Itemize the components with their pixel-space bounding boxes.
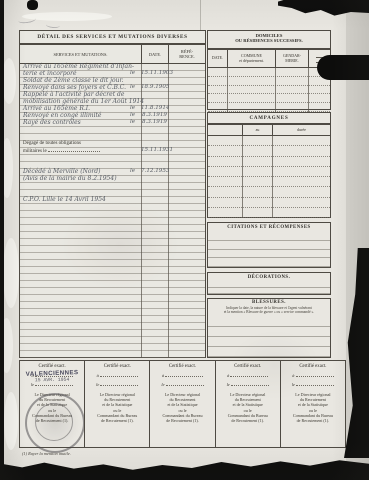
service-entry-text: Décédé à Merville (Nord) — [23, 168, 100, 175]
empty-row — [208, 146, 330, 156]
col-header-duree: durée — [272, 125, 330, 135]
scanned-document-page: DÉTAIL DES SERVICES ET MUTATIONS DIVERSE… — [0, 0, 369, 480]
empty-row — [208, 317, 330, 327]
decorations-title: DÉCORATIONS. — [208, 273, 330, 281]
empty-row — [208, 347, 330, 357]
certify-signer-line: de Recrutement (1). — [216, 418, 280, 423]
certify-column: Certifié exact.à le Le Directeur régiona… — [84, 361, 149, 447]
torn-edge — [2, 58, 16, 104]
domiciles-body — [208, 68, 330, 112]
certify-place-line: à — [216, 373, 280, 378]
empty-row — [208, 258, 330, 267]
empty-row — [208, 136, 330, 146]
services-table-title: DÉTAIL DES SERVICES ET MUTATIONS DIVERSE… — [20, 31, 205, 45]
certify-column: Certifié exact.à le Le Directeur régiona… — [280, 361, 345, 447]
certify-place-line: à — [281, 373, 345, 378]
service-entry-date: 11.8.1914 — [141, 105, 168, 112]
dotted-fill-line — [230, 373, 268, 377]
certify-signer-block: Le Directeur régionaldu Recrutementet de… — [281, 392, 345, 423]
certify-column: Certifié exact.à le Le Directeur régiona… — [215, 361, 280, 447]
blessures-body — [208, 317, 330, 357]
service-entry-date: 15.11.1903 — [141, 70, 168, 77]
service-entry-le: le — [130, 119, 135, 126]
dotted-fill-line — [100, 382, 138, 386]
scan-hole-right — [317, 55, 369, 80]
column-divider — [275, 68, 276, 112]
column-divider — [308, 68, 309, 112]
col-header-services: SERVICES ET MUTATIONS. — [20, 45, 141, 63]
blessures-title: BLESSURES. — [208, 299, 330, 306]
certify-signer-block: Le Directeur régionaldu Recrutementet de… — [150, 392, 214, 423]
dotted-fill-line — [165, 373, 203, 377]
service-entry: Rayé des contrôlesle8.3.1919 — [20, 120, 205, 127]
certify-place-line: à — [150, 373, 214, 378]
certify-date-line: le — [85, 382, 149, 387]
domiciles-title: DOMICILES OU RÉSIDENCES SUCCESSIFS. — [208, 31, 330, 50]
column-divider — [242, 136, 243, 218]
certify-title: Certifié exact. — [216, 364, 280, 369]
empty-row — [208, 167, 330, 177]
certify-signer-line: de Recrutement (1). — [150, 418, 214, 423]
service-entry-text: Renvoyé dans ses foyers et C.B.C. — [23, 84, 126, 91]
col-header-au: au — [242, 125, 272, 135]
column-divider — [227, 68, 228, 112]
certify-signer-line: de Recrutement (1). — [85, 418, 149, 423]
empty-row — [208, 198, 330, 208]
dotted-fill-line — [166, 382, 204, 386]
torn-edge — [4, 392, 18, 450]
round-official-seal-inner — [35, 403, 73, 441]
citations-section: CITATIONS ET RÉCOMPENSES — [207, 222, 331, 268]
col-header-reference: RÉFÉ- RENCE. — [168, 45, 205, 63]
col-header-gendarmerie: GENDAR- MERIE. — [275, 50, 308, 67]
service-entry: (Avis de la mairie du 8.2.1954) — [20, 176, 205, 183]
domiciles-table: DOMICILES OU RÉSIDENCES SUCCESSIFS. DATE… — [207, 30, 331, 110]
empty-row — [208, 327, 330, 337]
service-entry-date: 7.12.1953 — [141, 168, 168, 175]
services-body: Dégagé de toutes obligations militaires … — [20, 64, 205, 358]
empty-row — [208, 250, 330, 259]
services-table: DÉTAIL DES SERVICES ET MUTATIONS DIVERSE… — [19, 30, 206, 358]
certify-column: Certifié exact.à le Le Directeur régiona… — [149, 361, 214, 447]
release-date: 15.11.1931 — [141, 147, 168, 154]
service-entry-text: Rappelé à l'activité par décret de — [23, 91, 124, 98]
certify-date-line: le — [150, 382, 214, 387]
service-entry: C.P.O. Lille le 14 Avril 1954 — [20, 197, 205, 204]
service-entry-text: (Avis de la mairie du 8.2.1954) — [23, 175, 117, 182]
footnote: (1) Rayer la mention inutile. — [22, 451, 71, 456]
col-header-date: DATE. — [141, 45, 168, 63]
scan-edge-black-left — [0, 0, 4, 480]
service-entry-text: C.P.O. Lille le 14 Avril 1954 — [23, 196, 106, 203]
service-entry-date: 18.9.1905 — [141, 84, 168, 91]
service-entry-le: le — [130, 105, 135, 112]
certify-title: Certifié exact. — [150, 364, 214, 369]
certify-title: Certifié exact. — [281, 364, 345, 369]
service-entry-text: mobilisation générale du 1er Août 1914 — [23, 98, 141, 105]
column-divider — [272, 136, 273, 218]
certify-date-line: le — [281, 382, 345, 387]
certify-title: Certifié exact. — [85, 364, 149, 369]
empty-row — [208, 232, 330, 241]
release-printed-line1: Dégagé de toutes obligations — [23, 140, 81, 147]
service-entry-text: Arrivé au 165ème R.I. — [23, 105, 90, 112]
blessures-section: BLESSURES. Indiquer la date, la nature d… — [207, 298, 331, 358]
service-entry-le: le — [130, 168, 135, 175]
release-printed-line2: militaires le — [23, 147, 100, 155]
scan-blot-top-left — [27, 0, 38, 10]
service-entry-le: le — [130, 70, 135, 77]
empty-row — [208, 157, 330, 167]
campagnes-table: CAMPAGNES au durée — [207, 112, 331, 218]
dotted-fill-line — [100, 373, 138, 377]
decorations-body — [208, 281, 330, 294]
empty-row — [208, 187, 330, 197]
service-entry-le: le — [130, 112, 135, 119]
certify-place-line: à — [85, 373, 149, 378]
decorations-section: DÉCORATIONS. — [207, 272, 331, 295]
blessures-note-line2: et la mention « Blessure de guerre » ou … — [208, 310, 330, 314]
citations-body — [208, 232, 330, 267]
certify-column: Certifié exact.à le Le Directeur régiona… — [20, 361, 84, 447]
campagnes-header-row: au durée — [208, 125, 330, 136]
certify-signer-block: Le Directeur régionaldu Recrutementet de… — [216, 392, 280, 423]
service-entry-text: Soldat de 2ème classe le dit jour. — [23, 77, 124, 84]
empty-row — [208, 241, 330, 250]
certify-signer-line: de Recrutement (1). — [281, 418, 345, 423]
fold-crease — [200, 0, 201, 30]
pencil-mark — [46, 21, 60, 28]
empty-row — [208, 288, 330, 295]
campagnes-title: CAMPAGNES — [208, 113, 330, 125]
dotted-fill-line — [231, 382, 269, 386]
service-entry-text: Rayé des contrôles — [23, 119, 81, 126]
col-header-commune: COMMUNE et département. — [227, 50, 275, 67]
empty-row — [208, 177, 330, 187]
service-entry-le: le — [130, 84, 135, 91]
campagnes-body — [208, 136, 330, 218]
domiciles-header-row: DATE. COMMUNE et département. GENDAR- ME… — [208, 50, 330, 68]
citations-title: CITATIONS ET RÉCOMPENSES — [208, 223, 330, 232]
dotted-fill-line — [296, 382, 334, 386]
dotted-fill-line — [48, 147, 100, 152]
service-entry-date: 8.3.1919 — [141, 119, 168, 126]
col-header-date: DATE. — [208, 50, 227, 67]
service-entry-text: Arrivé au 165ème Régiment d'Infan- — [23, 63, 134, 70]
service-entry-date: 8.3.1919 — [141, 112, 168, 119]
col-header-blank — [208, 125, 242, 135]
certify-signer-block: Le Directeur régionaldu Recrutementet de… — [85, 392, 149, 423]
dotted-fill-line — [296, 373, 334, 377]
empty-row — [208, 337, 330, 347]
certification-band: Certifié exact.à le Le Directeur régiona… — [19, 360, 346, 448]
certify-date-line: le — [216, 382, 280, 387]
services-header-row: SERVICES ET MUTATIONS. DATE. RÉFÉ- RENCE… — [20, 45, 205, 64]
empty-row — [208, 208, 330, 218]
torn-edge — [3, 238, 19, 308]
pencil-mark — [18, 15, 37, 24]
service-entry-text: terie et incorporé — [23, 70, 77, 77]
service-entry-text: Renvoyé en congé illimité — [23, 112, 102, 119]
